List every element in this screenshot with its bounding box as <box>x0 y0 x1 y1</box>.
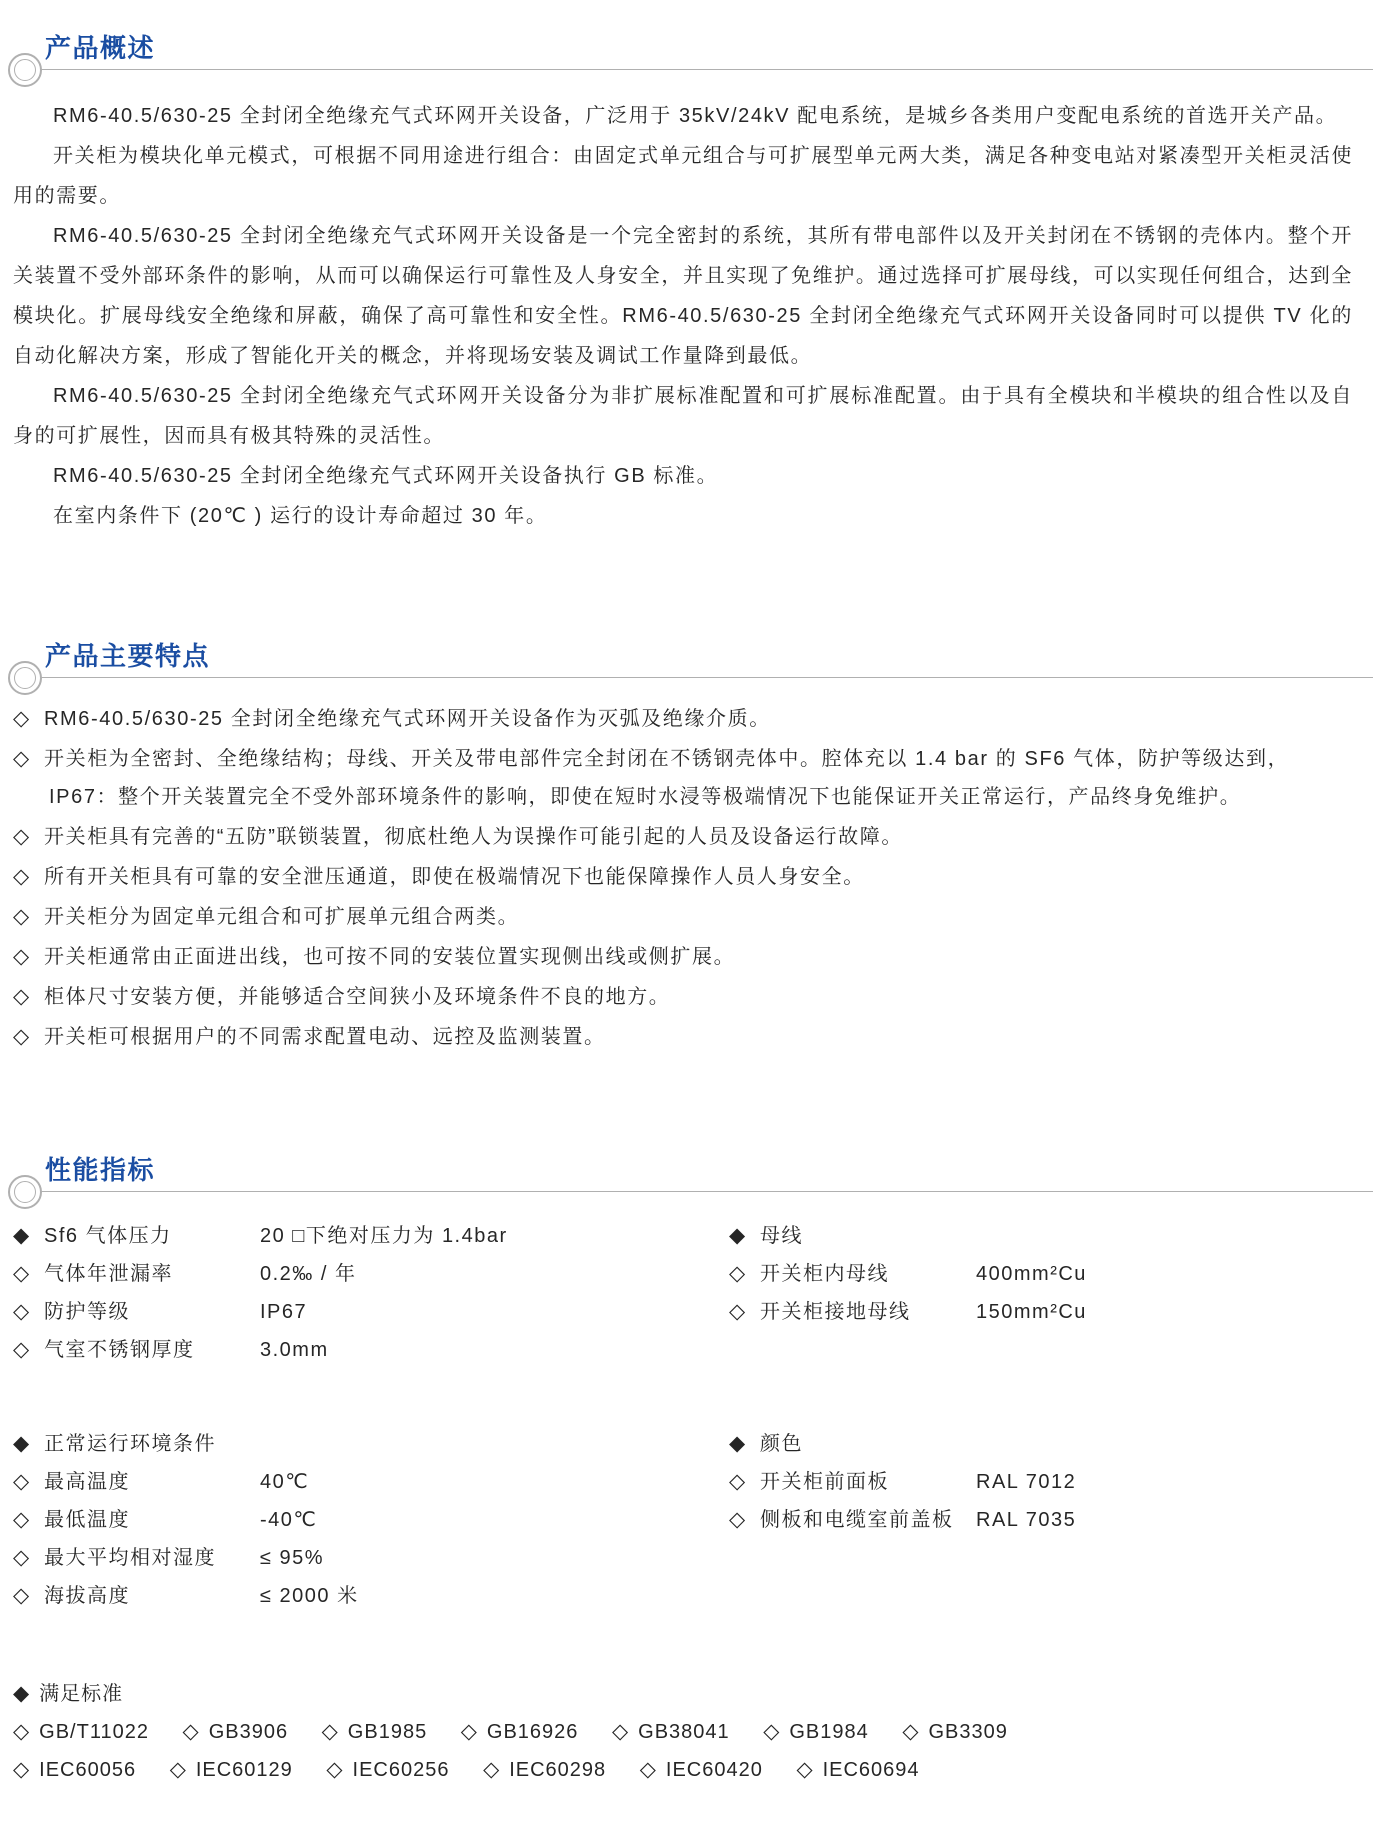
spec-label: 开关柜前面板 <box>760 1463 976 1501</box>
overview-paragraph: RM6-40.5/630-25 全封闭全绝缘充气式环网开关设备，广泛用于 35k… <box>13 96 1353 136</box>
spec-row: ◇ 气室不锈钢厚度 3.0mm <box>13 1331 716 1369</box>
product-datasheet-page: 产品概述 RM6-40.5/630-25 全封闭全绝缘充气式环网开关设备，广泛用… <box>0 0 1373 1848</box>
section-features: 产品主要特点 ◇RM6-40.5/630-25 全封闭全绝缘充气式环网开关设备作… <box>0 630 1373 1056</box>
standard-code: IEC60694 <box>823 1759 920 1781</box>
spec-group-header: ◆ 正常运行环境条件 <box>13 1425 716 1463</box>
diamond-outline-icon: ◇ <box>13 700 29 738</box>
feature-text: 开关柜具有完善的“五防”联锁装置，彻底杜绝人为误操作可能引起的人员及设备运行故障… <box>44 826 903 848</box>
inner-circle <box>14 667 36 689</box>
spec-label: 侧板和电缆室前盖板 <box>760 1501 976 1539</box>
spec-label: 开关柜内母线 <box>760 1255 976 1293</box>
features-list: ◇RM6-40.5/630-25 全封闭全绝缘充气式环网开关设备作为灭弧及绝缘介… <box>13 700 1353 1056</box>
spec-col-busbar: ◆ 母线 ◇ 开关柜内母线 400mm²Cu ◇ 开关柜接地母线 150mm²C… <box>716 1217 1373 1369</box>
diamond-outline-icon: ◇ <box>13 1331 44 1369</box>
diamond-outline-icon: ◇ <box>483 1758 500 1781</box>
spec-col-environment: ◆ 正常运行环境条件 ◇ 最高温度 40℃ ◇ 最低温度 -40℃ ◇ <box>0 1425 716 1615</box>
spec-label: Sf6 气体压力 <box>44 1217 260 1255</box>
standard-code: GB1984 <box>789 1721 868 1743</box>
spec-row: ◇ 海拔高度 ≤ 2000 米 <box>13 1577 716 1615</box>
section-divider-line <box>38 69 1373 70</box>
standards-header-row: ◆满足标准 <box>13 1675 1373 1713</box>
spec-value: ≤ 95% <box>260 1539 716 1577</box>
feature-text: 开关柜可根据用户的不同需求配置电动、远控及监测装置。 <box>44 1026 606 1048</box>
spec-row: ◇ 侧板和电缆室前盖板 RAL 7035 <box>729 1501 1373 1539</box>
standard-code: IEC60420 <box>666 1759 763 1781</box>
spec-value: 400mm²Cu <box>976 1255 1373 1293</box>
diamond-filled-icon: ◆ <box>729 1217 760 1255</box>
section-divider-line <box>38 1191 1373 1192</box>
feature-text-continued: IP67：整个开关装置完全不受外部环境条件的影响，即使在短时水浸等极端情况下也能… <box>44 778 1353 816</box>
feature-item: ◇RM6-40.5/630-25 全封闭全绝缘充气式环网开关设备作为灭弧及绝缘介… <box>13 700 1353 738</box>
standard-item: ◇IEC60298 <box>483 1751 606 1789</box>
section-divider-line <box>38 677 1373 678</box>
diamond-outline-icon: ◇ <box>13 1293 44 1331</box>
spec-row: ◇ 气体年泄漏率 0.2‰ / 年 <box>13 1255 716 1293</box>
spec-label: 气体年泄漏率 <box>44 1255 260 1293</box>
diamond-outline-icon: ◇ <box>13 1463 44 1501</box>
spec-group-title: 颜色 <box>760 1425 1373 1463</box>
standard-item: ◇GB16926 <box>461 1713 579 1751</box>
spec-row: ◇ 最大平均相对湿度 ≤ 95% <box>13 1539 716 1577</box>
overview-paragraph: 在室内条件下 (20℃ ) 运行的设计寿命超过 30 年。 <box>13 496 1353 536</box>
diamond-outline-icon: ◇ <box>13 1255 44 1293</box>
section-title-overview: 产品概述 <box>45 28 155 65</box>
standard-code: GB/T11022 <box>39 1721 149 1743</box>
diamond-outline-icon: ◇ <box>183 1720 200 1743</box>
spec-group-header: ◆ 母线 <box>729 1217 1373 1255</box>
diamond-filled-icon: ◆ <box>13 1217 44 1255</box>
standard-item: ◇GB3906 <box>183 1713 289 1751</box>
standard-item: ◇IEC60056 <box>13 1751 136 1789</box>
standard-item: ◇GB1985 <box>322 1713 428 1751</box>
standards-header: ◆满足标准 <box>13 1675 123 1713</box>
spec-row: ◇ 开关柜内母线 400mm²Cu <box>729 1255 1373 1293</box>
standards-block: ◆满足标准 ◇GB/T11022 ◇GB3906 ◇GB1985 ◇GB1692… <box>0 1675 1373 1789</box>
spec-value: 40℃ <box>260 1463 716 1501</box>
diamond-outline-icon: ◇ <box>13 1720 30 1743</box>
feature-text: 所有开关柜具有可靠的安全泄压通道，即使在极端情况下也能保障操作人员人身安全。 <box>44 866 865 888</box>
feature-item: ◇所有开关柜具有可靠的安全泄压通道，即使在极端情况下也能保障操作人员人身安全。 <box>13 858 1353 896</box>
spec-grid-env-color: ◆ 正常运行环境条件 ◇ 最高温度 40℃ ◇ 最低温度 -40℃ ◇ <box>0 1425 1373 1615</box>
diamond-outline-icon: ◇ <box>13 898 29 936</box>
standard-code: IEC60056 <box>39 1759 136 1781</box>
diamond-outline-icon: ◇ <box>763 1720 780 1743</box>
standard-item: ◇GB/T11022 <box>13 1713 149 1751</box>
standard-item: ◇GB38041 <box>612 1713 730 1751</box>
diamond-outline-icon: ◇ <box>612 1720 629 1743</box>
section-title-performance: 性能指标 <box>45 1150 155 1187</box>
spec-value: RAL 7035 <box>976 1501 1373 1539</box>
standard-item: ◇GB3309 <box>902 1713 1008 1751</box>
spec-label: 气室不锈钢厚度 <box>44 1331 260 1369</box>
standards-title: 满足标准 <box>39 1683 123 1705</box>
feature-text: 开关柜通常由正面进出线，也可按不同的安装位置实现侧出线或侧扩展。 <box>44 946 735 968</box>
diamond-outline-icon: ◇ <box>13 1758 30 1781</box>
spec-value: -40℃ <box>260 1501 716 1539</box>
diamond-outline-icon: ◇ <box>13 1018 29 1056</box>
diamond-outline-icon: ◇ <box>322 1720 339 1743</box>
diamond-outline-icon: ◇ <box>729 1293 760 1331</box>
spec-grid-gas-busbar: ◆ Sf6 气体压力 20 □下绝对压力为 1.4bar ◇ 气体年泄漏率 0.… <box>0 1217 1373 1369</box>
standard-code: GB38041 <box>638 1721 730 1743</box>
spec-area: ◆ Sf6 气体压力 20 □下绝对压力为 1.4bar ◇ 气体年泄漏率 0.… <box>0 1217 1373 1789</box>
diamond-outline-icon: ◇ <box>13 858 29 896</box>
spec-value: 0.2‰ / 年 <box>260 1255 716 1293</box>
feature-item: ◇开关柜为全密封、全绝缘结构；母线、开关及带电部件完全封闭在不锈钢壳体中。腔体充… <box>13 740 1353 816</box>
diamond-outline-icon: ◇ <box>13 938 29 976</box>
overview-paragraph: RM6-40.5/630-25 全封闭全绝缘充气式环网开关设备分为非扩展标准配置… <box>13 376 1353 456</box>
spec-value: IP67 <box>260 1293 716 1331</box>
spec-group-header: ◆ 颜色 <box>729 1425 1373 1463</box>
section-overview: 产品概述 RM6-40.5/630-25 全封闭全绝缘充气式环网开关设备，广泛用… <box>0 22 1373 536</box>
diamond-outline-icon: ◇ <box>729 1501 760 1539</box>
spec-row: ◇ 开关柜前面板 RAL 7012 <box>729 1463 1373 1501</box>
spec-value: 3.0mm <box>260 1331 716 1369</box>
spec-value: 20 □下绝对压力为 1.4bar <box>260 1217 716 1255</box>
standards-row-gb: ◇GB/T11022 ◇GB3906 ◇GB1985 ◇GB16926 ◇GB3… <box>13 1713 1373 1751</box>
overview-paragraph: RM6-40.5/630-25 全封闭全绝缘充气式环网开关设备执行 GB 标准。 <box>13 456 1353 496</box>
diamond-outline-icon: ◇ <box>729 1255 760 1293</box>
diamond-outline-icon: ◇ <box>13 740 29 778</box>
feature-text: RM6-40.5/630-25 全封闭全绝缘充气式环网开关设备作为灭弧及绝缘介质… <box>44 708 771 730</box>
standard-code: GB1985 <box>348 1721 427 1743</box>
overview-body: RM6-40.5/630-25 全封闭全绝缘充气式环网开关设备，广泛用于 35k… <box>13 96 1353 536</box>
feature-item: ◇开关柜分为固定单元组合和可扩展单元组合两类。 <box>13 898 1353 936</box>
double-circle-icon <box>8 661 42 695</box>
spec-row: ◇ 开关柜接地母线 150mm²Cu <box>729 1293 1373 1331</box>
diamond-outline-icon: ◇ <box>461 1720 478 1743</box>
spec-col-gas: ◆ Sf6 气体压力 20 □下绝对压力为 1.4bar ◇ 气体年泄漏率 0.… <box>0 1217 716 1369</box>
spec-label: 海拔高度 <box>44 1577 260 1615</box>
feature-text: 开关柜为全密封、全绝缘结构；母线、开关及带电部件完全封闭在不锈钢壳体中。腔体充以… <box>44 748 1289 770</box>
diamond-outline-icon: ◇ <box>13 1501 44 1539</box>
spec-value: ≤ 2000 米 <box>260 1577 716 1615</box>
diamond-outline-icon: ◇ <box>902 1720 919 1743</box>
feature-text: 柜体尺寸安装方便，并能够适合空间狭小及环境条件不良的地方。 <box>44 986 670 1008</box>
section-header-features: 产品主要特点 <box>0 630 1373 678</box>
standard-code: IEC60129 <box>196 1759 293 1781</box>
inner-circle <box>14 1181 36 1203</box>
diamond-filled-icon: ◆ <box>13 1425 44 1463</box>
diamond-outline-icon: ◇ <box>326 1758 343 1781</box>
diamond-outline-icon: ◇ <box>13 978 29 1016</box>
double-circle-icon <box>8 1175 42 1209</box>
spec-group-title: 母线 <box>760 1217 1373 1255</box>
spec-label: 最低温度 <box>44 1501 260 1539</box>
diamond-outline-icon: ◇ <box>13 1539 44 1577</box>
diamond-outline-icon: ◇ <box>796 1758 813 1781</box>
standard-code: GB3906 <box>209 1721 288 1743</box>
diamond-filled-icon: ◆ <box>729 1425 760 1463</box>
spec-group-title: 正常运行环境条件 <box>44 1425 716 1463</box>
standard-item: ◇IEC60129 <box>170 1751 293 1789</box>
standard-item: ◇GB1984 <box>763 1713 869 1751</box>
section-title-features: 产品主要特点 <box>45 636 210 673</box>
spec-label: 最大平均相对湿度 <box>44 1539 260 1577</box>
feature-item: ◇开关柜可根据用户的不同需求配置电动、远控及监测装置。 <box>13 1018 1353 1056</box>
spec-value: 150mm²Cu <box>976 1293 1373 1331</box>
spec-col-color: ◆ 颜色 ◇ 开关柜前面板 RAL 7012 ◇ 侧板和电缆室前盖板 RAL 7… <box>716 1425 1373 1615</box>
feature-item: ◇开关柜通常由正面进出线，也可按不同的安装位置实现侧出线或侧扩展。 <box>13 938 1353 976</box>
standard-item: ◇IEC60256 <box>326 1751 449 1789</box>
diamond-filled-icon: ◆ <box>13 1682 30 1705</box>
section-header-performance: 性能指标 <box>0 1144 1373 1192</box>
spec-row: ◇ 防护等级 IP67 <box>13 1293 716 1331</box>
diamond-outline-icon: ◇ <box>13 818 29 856</box>
diamond-outline-icon: ◇ <box>170 1758 187 1781</box>
diamond-outline-icon: ◇ <box>640 1758 657 1781</box>
spec-label: 最高温度 <box>44 1463 260 1501</box>
feature-item: ◇柜体尺寸安装方便，并能够适合空间狭小及环境条件不良的地方。 <box>13 978 1353 1016</box>
diamond-outline-icon: ◇ <box>729 1463 760 1501</box>
overview-paragraph: 开关柜为模块化单元模式，可根据不同用途进行组合：由固定式单元组合与可扩展型单元两… <box>13 136 1353 216</box>
double-circle-icon <box>8 53 42 87</box>
standard-code: IEC60298 <box>509 1759 606 1781</box>
diamond-outline-icon: ◇ <box>13 1577 44 1615</box>
standard-item: ◇IEC60420 <box>640 1751 763 1789</box>
section-performance: 性能指标 ◆ Sf6 气体压力 20 □下绝对压力为 1.4bar ◇ 气体年泄… <box>0 1144 1373 1789</box>
spec-label: 防护等级 <box>44 1293 260 1331</box>
spec-row: ◇ 最高温度 40℃ <box>13 1463 716 1501</box>
standard-code: GB16926 <box>487 1721 579 1743</box>
feature-text: 开关柜分为固定单元组合和可扩展单元组合两类。 <box>44 906 519 928</box>
standard-code: GB3309 <box>928 1721 1007 1743</box>
spec-row: ◇ 最低温度 -40℃ <box>13 1501 716 1539</box>
overview-paragraph: RM6-40.5/630-25 全封闭全绝缘充气式环网开关设备是一个完全密封的系… <box>13 216 1353 376</box>
standard-code: IEC60256 <box>353 1759 450 1781</box>
inner-circle <box>14 59 36 81</box>
section-header-overview: 产品概述 <box>0 22 1373 70</box>
spec-row: ◆ Sf6 气体压力 20 □下绝对压力为 1.4bar <box>13 1217 716 1255</box>
standard-item: ◇IEC60694 <box>796 1751 919 1789</box>
spec-value: RAL 7012 <box>976 1463 1373 1501</box>
standards-row-iec: ◇IEC60056 ◇IEC60129 ◇IEC60256 ◇IEC60298 … <box>13 1751 1373 1789</box>
spec-label: 开关柜接地母线 <box>760 1293 976 1331</box>
feature-item: ◇开关柜具有完善的“五防”联锁装置，彻底杜绝人为误操作可能引起的人员及设备运行故… <box>13 818 1353 856</box>
